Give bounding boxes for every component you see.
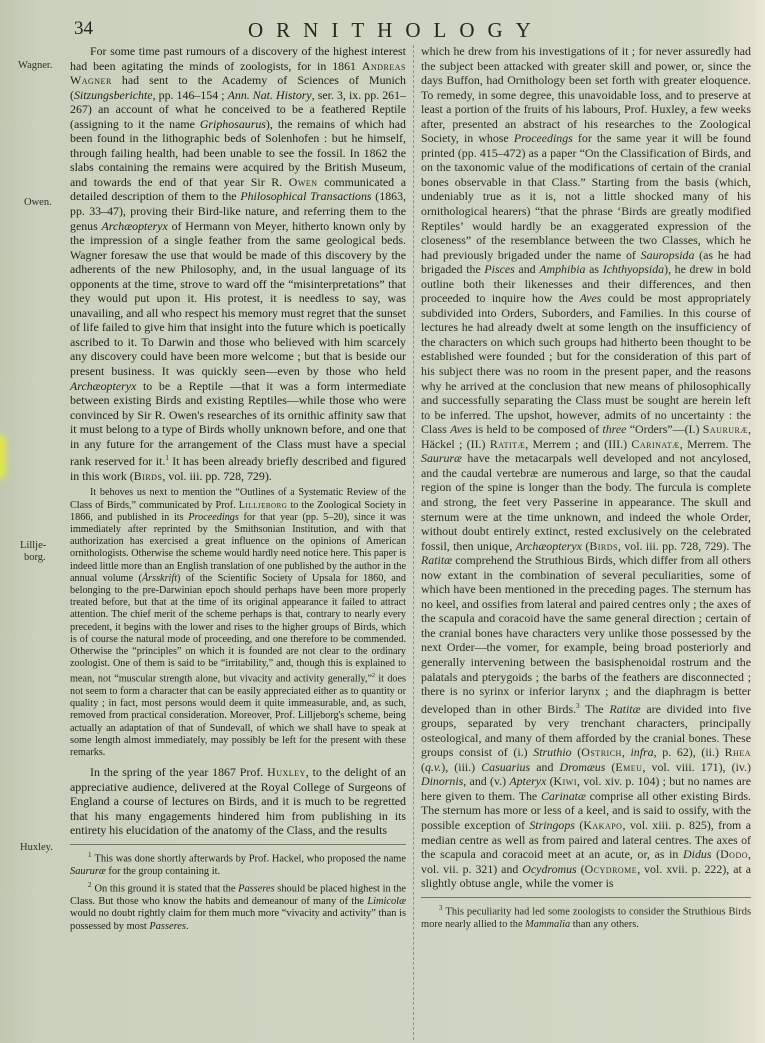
text-run: Owen: [289, 175, 318, 189]
margin-note-huxley: Huxley.: [20, 842, 53, 853]
text-run: .: [186, 921, 189, 932]
text-run: For some time past rumours of a discover…: [70, 44, 406, 73]
text-run: ), (iii.): [441, 760, 481, 774]
text-run: Didus: [683, 847, 711, 861]
text-run: Huxley: [267, 765, 306, 779]
page-header: 34 ORNITHOLOGY: [0, 14, 765, 44]
text-run: , vol. viii. 171), (iv.): [642, 760, 751, 774]
text-run: Archæopteryx: [70, 379, 136, 393]
paragraph-huxley: In the spring of the year 1867 Prof. Hux…: [70, 765, 406, 838]
text-run: of Hermann von Meyer, hitherto known onl…: [70, 219, 406, 378]
margin-note-lilljeborg-1: Lillje-: [20, 540, 46, 551]
paragraph-lilljeborg: It behoves us next to mention the “Outli…: [70, 487, 406, 759]
left-column: For some time past rumours of a discover…: [70, 44, 406, 933]
text-run: , and (v.): [463, 774, 509, 788]
text-run: q.v.: [425, 760, 441, 774]
margin-note-wagner: Wagner.: [18, 60, 52, 71]
text-run: Sitzungsberichte: [74, 88, 153, 102]
text-run: , pp. 146–154 ;: [153, 88, 228, 102]
text-run: Aves: [580, 291, 602, 305]
text-run: Saururæ: [703, 422, 748, 436]
right-column: which he drew from his investigations of…: [421, 44, 751, 931]
text-run: Archæopteryx: [102, 219, 168, 233]
text-run: is held to be composed of: [472, 422, 602, 436]
text-run: Archæopteryx: [516, 539, 582, 553]
text-run: Proceedings: [514, 131, 573, 145]
footnote-1: 1This was done shortly afterwards by Pro…: [70, 849, 406, 879]
text-run: ) of the Scientific Society of Upsala fo…: [70, 573, 406, 685]
paragraph-huxley-classification: which he drew from his investigations of…: [421, 44, 751, 891]
text-run: Carinatæ: [631, 437, 679, 451]
text-run: Mammalia: [525, 919, 570, 930]
text-run: Ann. Nat. History: [228, 88, 312, 102]
text-run: The: [580, 702, 610, 716]
text-run: Carinatæ: [541, 789, 586, 803]
text-run: Dromæus: [560, 760, 606, 774]
text-run: (: [546, 774, 553, 788]
text-run: Årsskrift: [142, 573, 177, 584]
text-run: Birds: [134, 469, 163, 483]
text-run: (: [572, 745, 582, 759]
text-run: Stringops: [529, 818, 575, 832]
text-run: it does not seem to form a character tha…: [70, 674, 406, 758]
text-run: “Orders”—(I.): [626, 422, 702, 436]
text-run: could be most appropriately subdivided i…: [421, 291, 751, 436]
text-run: infra: [630, 745, 653, 759]
text-run: (: [577, 862, 585, 876]
text-run: Ratitæ: [609, 702, 640, 716]
text-run: , vol. iii. pp. 728, 729).: [162, 469, 271, 483]
text-run: Saururæ: [421, 451, 462, 465]
text-run: , vol. iii. pp. 728, 729). The: [618, 539, 751, 553]
footnote-rule: [421, 897, 751, 898]
text-run: Amphibia: [539, 262, 585, 276]
text-run: Ichthyopsida: [603, 262, 664, 276]
running-head: ORNITHOLOGY: [248, 18, 544, 43]
text-run: Ostrich: [581, 745, 622, 759]
paragraph-fossil-discovery: For some time past rumours of a discover…: [70, 44, 406, 483]
margin-note-lilljeborg-2: borg.: [24, 552, 46, 563]
footnote-3: 3This peculiarity had led some zoologist…: [421, 902, 751, 932]
highlight-mark: [0, 435, 6, 479]
text-run: for the same year it will be found print…: [421, 131, 751, 261]
text-run: (: [605, 760, 615, 774]
text-run: Kakapo: [583, 818, 622, 832]
text-run: Apteryx: [509, 774, 546, 788]
text-run: , p. 62), (ii.): [654, 745, 725, 759]
text-run: 2: [88, 881, 92, 889]
text-run: three: [602, 422, 626, 436]
text-run: Ocydrome: [585, 862, 638, 876]
footnote-rule: [70, 844, 406, 845]
text-run: than any others.: [570, 919, 639, 930]
text-run: and: [515, 262, 539, 276]
text-run: Passeres: [149, 921, 186, 932]
column-divider: [413, 45, 414, 1040]
text-run: for the group containing it.: [106, 866, 220, 877]
text-run: Griphosaurus: [200, 117, 266, 131]
text-run: Kiwi: [554, 774, 577, 788]
footnote-2: 2On this ground it is stated that the Pa…: [70, 879, 406, 934]
margin-note-owen: Owen.: [24, 197, 52, 208]
text-run: Saururæ: [70, 866, 106, 877]
text-run: have the metacarpals well developed and …: [421, 451, 751, 552]
text-run: Aves: [450, 422, 472, 436]
text-run: Emeu: [615, 760, 642, 774]
page-number: 34: [74, 18, 93, 40]
text-run: In the spring of the year 1867 Prof.: [90, 765, 267, 779]
text-run: and: [530, 760, 559, 774]
text-run: Birds: [589, 539, 618, 553]
text-run: Sauropsida: [641, 248, 695, 262]
text-run: , Merrem ; and (III.): [525, 437, 631, 451]
text-run: which he drew from his investigations of…: [421, 44, 751, 145]
text-run: Philosophical Transactions: [240, 189, 371, 203]
text-run: Dodo: [720, 847, 748, 861]
text-run: Passeres: [238, 883, 275, 894]
text-run: Casuarius: [481, 760, 530, 774]
text-run: as: [586, 262, 603, 276]
text-run: Ratitæ: [490, 437, 525, 451]
text-run: comprehend the Struthious Birds, which d…: [421, 553, 751, 715]
text-run: 3: [439, 904, 443, 912]
text-run: 1: [88, 851, 92, 859]
text-run: Dinornis: [421, 774, 463, 788]
text-run: Limicolæ: [367, 896, 406, 907]
text-run: Ratitæ: [421, 553, 452, 567]
text-run: , Merrem. The: [680, 437, 751, 451]
text-run: This was done shortly afterwards by Prof…: [95, 853, 407, 864]
text-run: On this ground it is stated that the: [95, 883, 239, 894]
text-run: would no doubt rightly claim for them mu…: [70, 908, 406, 932]
text-run: Lilljeborg: [239, 500, 288, 511]
text-run: Rhea: [725, 745, 751, 759]
text-run: (: [711, 847, 720, 861]
text-run: Ocydromus: [522, 862, 576, 876]
text-run: Struthio: [533, 745, 571, 759]
text-run: Pisces: [484, 262, 514, 276]
text-run: Proceedings: [188, 512, 239, 523]
